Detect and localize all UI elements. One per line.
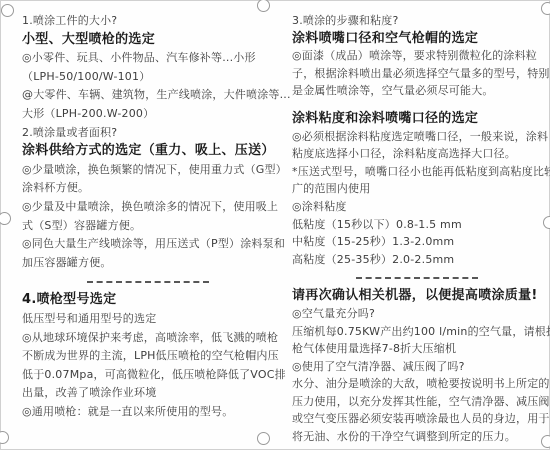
binder-hole-icon <box>257 432 270 445</box>
text-line: 水分、油分是喷涂的大敌，喷枪要按说明书上所定的 <box>292 375 542 393</box>
text-line: 低于0.07Mpa，可高微粒化，低压喷枪降低了VOC排 <box>22 366 274 385</box>
text-line: 粘度底选择小口径，涂料粘度高选择大口径。 <box>292 145 542 163</box>
text-line: 1.喷涂工件的大小? <box>22 12 274 31</box>
heading-line: 请再次确认相关机器，以便提高喷涂质量! <box>292 287 542 305</box>
text-line: 3.喷涂的步骤和粘度? <box>292 12 542 30</box>
text-line: 中粘度（15-25秒）1.3-2.0mm <box>292 233 542 251</box>
text-line: 枪气体使用量选择7-8折大压缩机 <box>292 340 542 358</box>
text-line: 广的范围内使用 <box>292 180 542 198</box>
left-text-column: 1.喷涂工件的大小?小型、大型喷枪的选定◎小零件、玩具、小件物品、汽车修补等..… <box>22 12 274 421</box>
text-line: *压送式型号，喷嘴口径小也能再低粘度到高粘度比较 <box>292 163 542 181</box>
text-line: 出量，改善了喷涂作业环境 <box>22 384 274 403</box>
text-line: 将无油、水份的干净空气调整到所定的压力。 <box>292 428 542 446</box>
binder-hole-icon <box>1 4 14 17</box>
text-line: ◎必须根据涂料粘度选定喷嘴口径，一般来说，涂料 <box>292 128 542 146</box>
dashed-separator <box>87 281 209 283</box>
scanned-document-page: 1.喷涂工件的大小?小型、大型喷枪的选定◎小零件、玩具、小件物品、汽车修补等..… <box>0 0 550 450</box>
text-line: 加压容器罐方便。 <box>22 254 274 273</box>
text-line: 大形（LPH-200.W-200） <box>22 105 274 124</box>
heading-line: 4.喷枪型号选定 <box>22 291 274 310</box>
text-line: 2.喷涂量或者面积? <box>22 124 274 143</box>
text-line: ◎少量喷涂，换色频繁的情况下，使用重力式（G型） <box>22 161 274 180</box>
text-line: 或空气变压器必须安装再喷涂最也人员的身边，用于 <box>292 410 542 428</box>
text-line: 低粘度（15秒以下）0.8-1.5 mm <box>292 216 542 234</box>
text-line: （LPH-50/100/W-101） <box>22 68 274 87</box>
text-line: 低压型号和通用型号的选定 <box>22 310 274 329</box>
text-line: ◎少量及中量喷涂，换色喷涂多的情况下，使用吸上 <box>22 198 274 217</box>
right-text-column: 3.喷涂的步骤和粘度?涂料喷嘴口径和空气枪帽的选定◎面漆（成品）喷涂等，要求特别… <box>292 12 542 446</box>
text-line: 压力使用，以充分发挥其性能，空气清净器、减压阀 <box>292 393 542 411</box>
text-line: ◎涂料粘度 <box>292 198 542 216</box>
text-line: ◎通用喷枪：就是一直以来所使用的型号。 <box>22 403 274 422</box>
text-line: ◎空气量充分吗? <box>292 305 542 323</box>
text-line: 式（S型）容器罐方便。 <box>22 217 274 236</box>
text-line: ◎面漆（成品）喷涂等，要求特别微粒化的涂料粒 <box>292 47 542 65</box>
binder-hole-icon <box>543 216 550 229</box>
text-line: ◎从地球环境保护来考虑，高喷涂率，低飞溅的喷枪 <box>22 329 274 348</box>
dashed-separator <box>356 277 478 279</box>
text-line: 压缩机每0.75KW产出约100 l/min的空气量，请根据喷 <box>292 323 542 341</box>
text-line: 涂料杯方便。 <box>22 179 274 198</box>
binder-hole-icon <box>0 431 9 444</box>
text-line: ◎同色大量生产线喷涂等，用压送式（P型）涂料泵和 <box>22 235 274 254</box>
text-line: ◎小零件、玩具、小件物品、汽车修补等...小形 <box>22 49 274 68</box>
text-line: 高粘度（25-35秒）2.0-2.5mm <box>292 251 542 269</box>
heading-line: 涂料喷嘴口径和空气枪帽的选定 <box>292 30 542 48</box>
heading-line: 涂料供给方式的选定（重力、吸上、压送） <box>22 142 274 161</box>
heading-line: 涂料粘度和涂料喷嘴口径的选定 <box>292 110 542 128</box>
text-line: 子，根据涂料喷出量必须选择空气量多的型号，特别 <box>292 65 542 83</box>
text-line: ◎使用了空气清净器、减压阀了吗? <box>292 358 542 376</box>
binder-hole-icon <box>0 212 11 225</box>
heading-line: 小型、大型喷枪的选定 <box>22 31 274 50</box>
binder-hole-icon <box>257 0 270 12</box>
text-line: 不断成为世界的主流，LPH低压喷枪的空气枪帽内压 <box>22 347 274 366</box>
spacer <box>292 100 542 110</box>
text-line: 是金属性喷涂等，空气量必须尽可能大。 <box>292 82 542 100</box>
text-line: @大零件、车辆、建筑物，生产线喷涂，大件喷涂等... <box>22 86 274 105</box>
